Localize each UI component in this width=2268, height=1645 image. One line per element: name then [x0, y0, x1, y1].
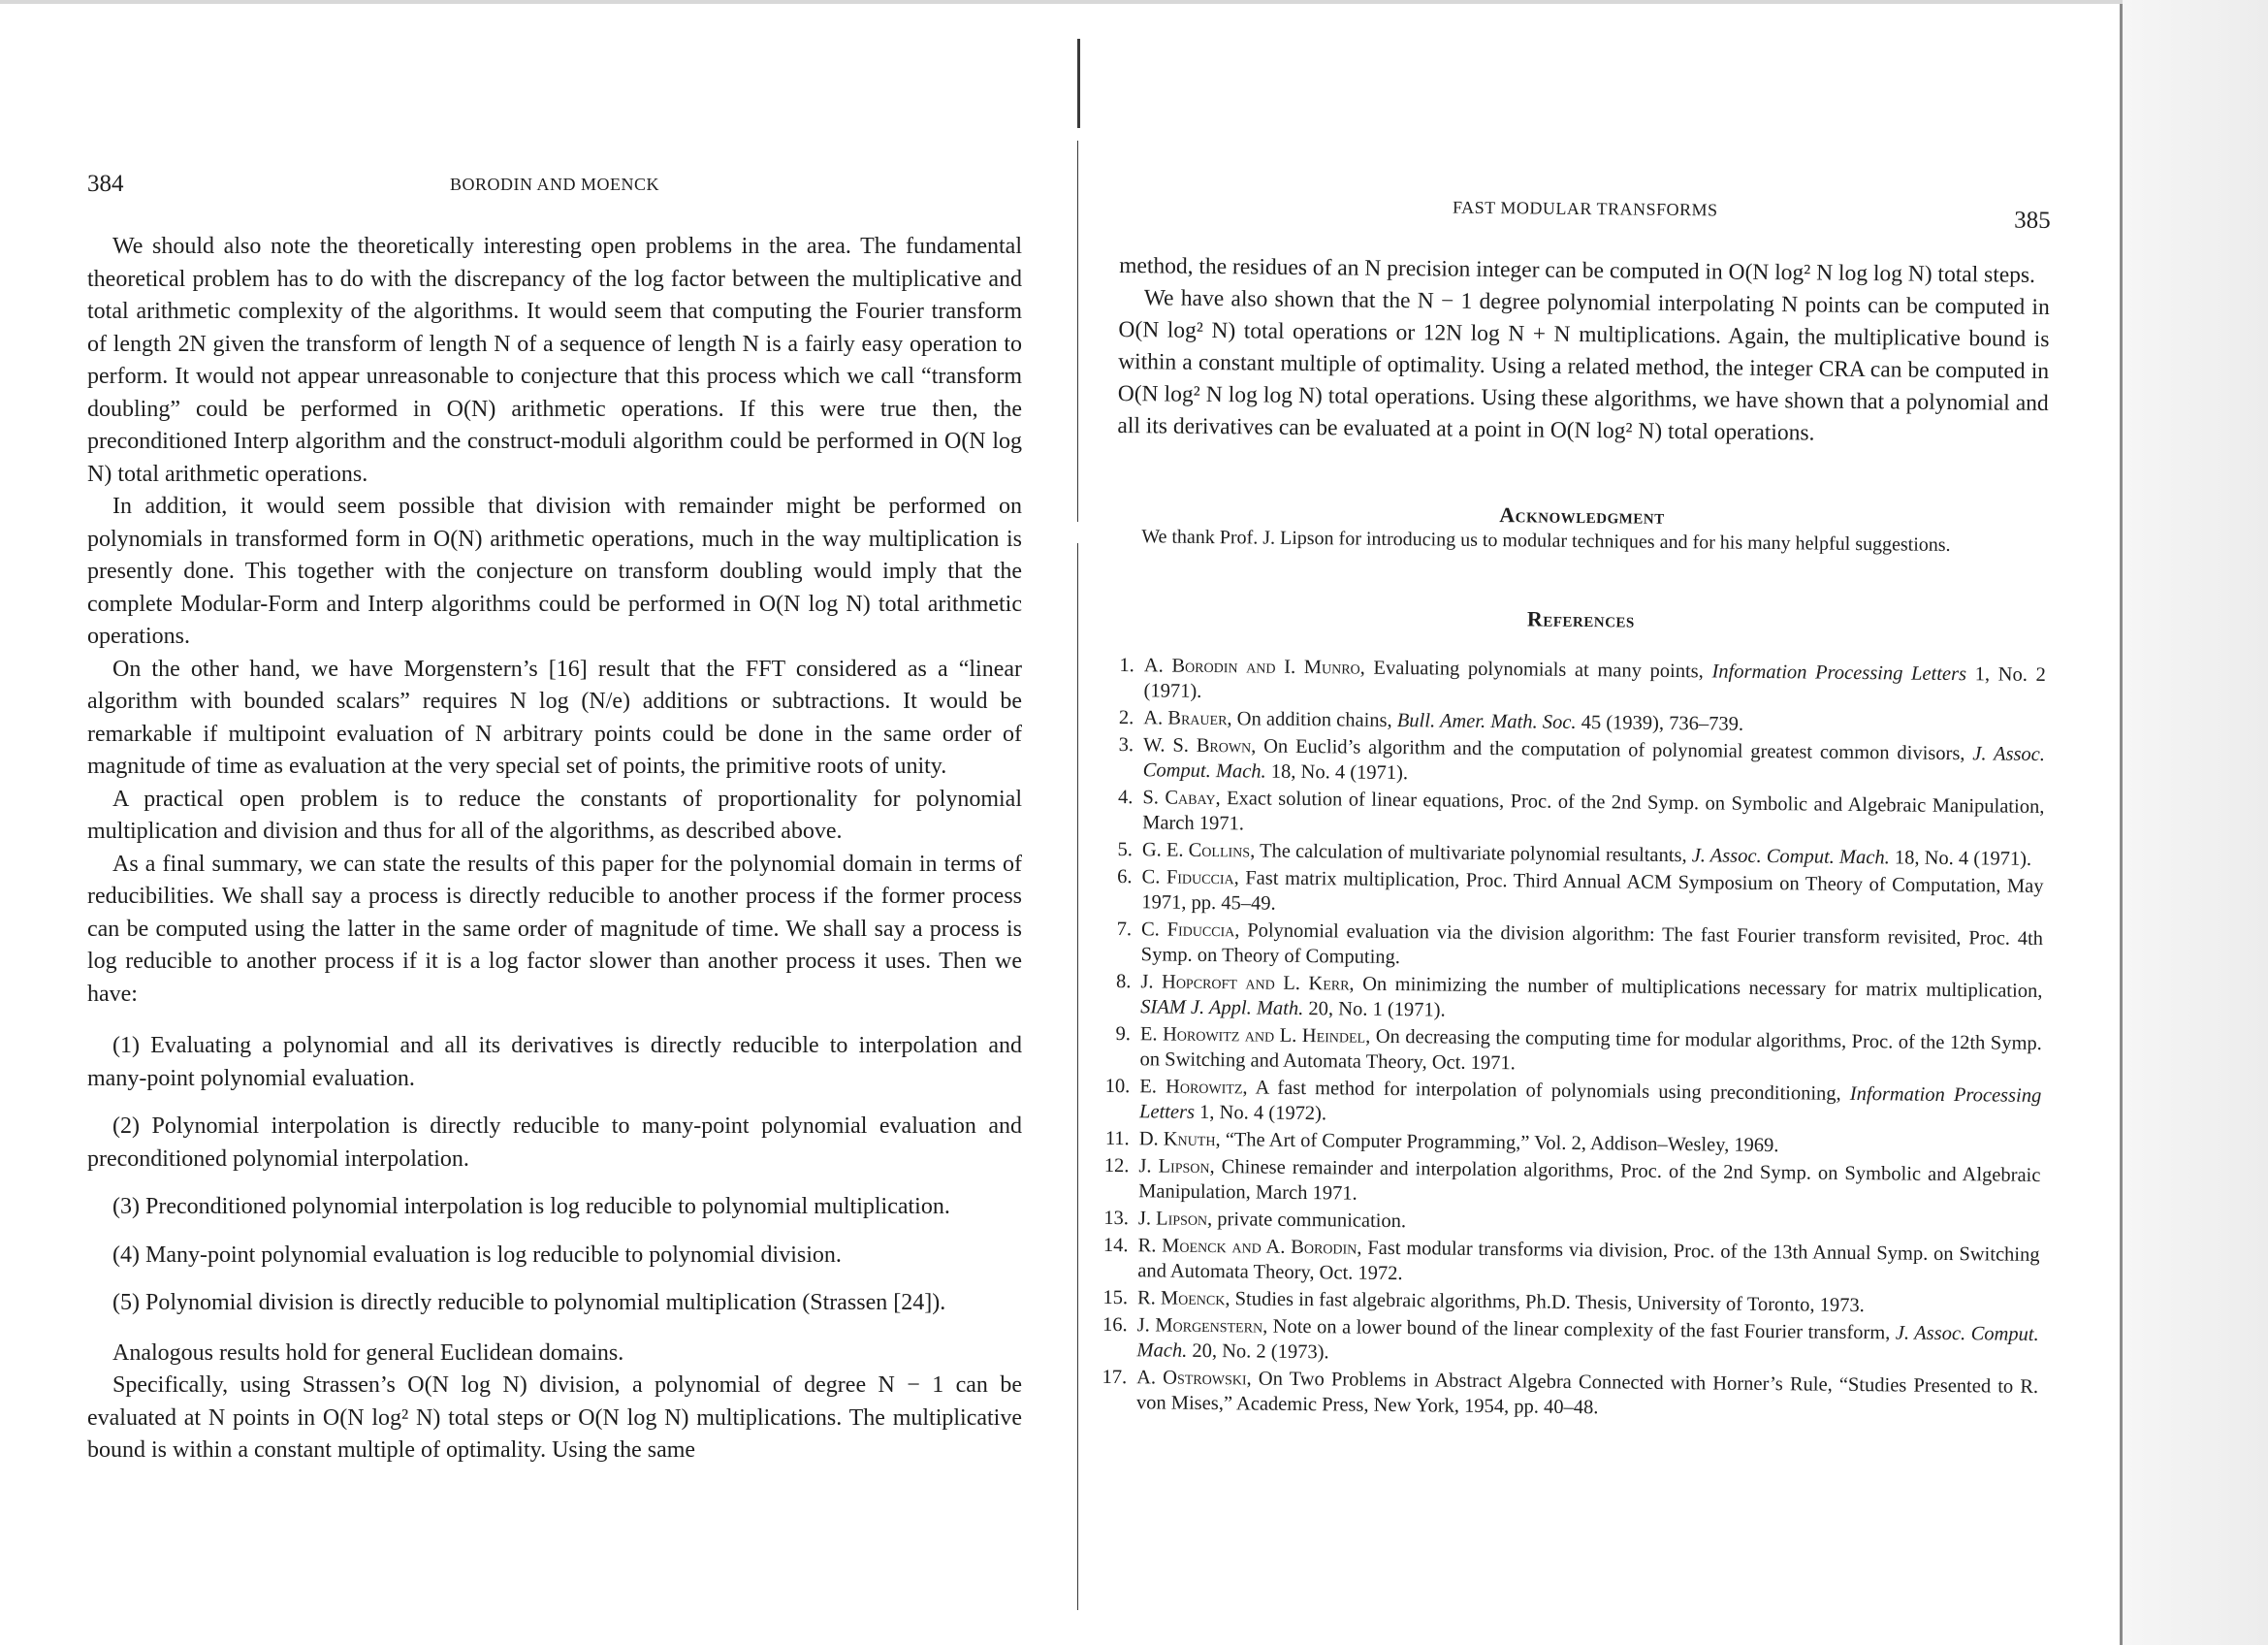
reference-venue: J. Assoc. Comput. Mach.: [1692, 845, 1890, 868]
reference-item: 9.E. Horowitz and L. Heindel, On decreas…: [1110, 1021, 2041, 1081]
paragraph: We have also shown that the N − 1 degree…: [1117, 282, 2050, 452]
reference-number: 13.: [1098, 1206, 1129, 1231]
reference-authors: A. Borodin and I. Munro: [1144, 655, 1360, 678]
reference-item: 16.J. Morgenstern, Note on a lower bound…: [1107, 1312, 2038, 1372]
reference-authors: R. Moenck and A. Borodin: [1137, 1235, 1357, 1258]
reference-item: 8.J. Hopcroft and L. Kerr, On minimizing…: [1111, 969, 2042, 1029]
reference-title: , On minimizing the number of multiplica…: [1349, 974, 2042, 1002]
page-number: 385: [2014, 208, 2051, 235]
reference-number: 8.: [1100, 969, 1131, 994]
scan-top-edge: [0, 0, 2268, 4]
book-gutter: [1077, 39, 1080, 1629]
reference-venue: SIAM J. Appl. Math.: [1140, 996, 1303, 1019]
list-item: (5) Polynomial division is directly redu…: [87, 1287, 1022, 1320]
reference-title: , Polynomial evaluation via the division…: [1141, 919, 2043, 968]
reference-title: , The calculation of multivariate polyno…: [1250, 840, 1692, 866]
paragraph: Specifically, using Strassen’s O(N log N…: [87, 1370, 1022, 1468]
reference-authors: W. S. Brown: [1143, 734, 1251, 757]
reference-number: 14.: [1097, 1233, 1128, 1258]
reference-authors: C. Fiduccia: [1141, 866, 1233, 888]
list-item: (3) Preconditioned polynomial interpolat…: [87, 1191, 1022, 1224]
list-item: (1) Evaluating a polynomial and all its …: [87, 1030, 1022, 1095]
reference-title: , Exact solution of linear equations, Pr…: [1142, 788, 2044, 834]
reference-authors: J. Lipson: [1138, 1208, 1207, 1230]
list-item: (4) Many-point polynomial evaluation is …: [87, 1240, 1022, 1273]
paragraph: We should also note the theoretically in…: [87, 231, 1022, 491]
reference-item: 14.R. Moenck and A. Borodin, Fast modula…: [1108, 1233, 2039, 1293]
reference-details: 1, No. 4 (1972).: [1195, 1102, 1326, 1124]
reference-title: , Studies in fast algebraic algorithms, …: [1225, 1288, 1865, 1316]
reference-authors: G. E. Collins: [1142, 839, 1251, 861]
reference-authors: J. Hopcroft and L. Kerr: [1140, 971, 1349, 994]
right-page: FAST MODULAR TRANSFORMS 385 method, the …: [1107, 190, 2051, 1427]
paragraph: In addition, it would seem possible that…: [87, 491, 1022, 654]
reference-details: 45 (1939), 736–739.: [1576, 712, 1743, 735]
reference-authors: C. Fiduccia: [1141, 919, 1235, 941]
reference-number: 17.: [1096, 1365, 1127, 1390]
running-head: BORODIN AND MOENCK: [87, 175, 1022, 195]
reference-title: , private communication.: [1207, 1209, 1406, 1232]
paragraph: A practical open problem is to reduce th…: [87, 784, 1022, 849]
reference-details: 18, No. 4 (1971).: [1890, 847, 2032, 870]
reference-authors: J. Morgenstern: [1137, 1314, 1263, 1337]
paragraph: As a final summary, we can state the res…: [87, 849, 1022, 1012]
reference-title: , “The Art of Computer Programming,” Vol…: [1215, 1129, 1778, 1156]
running-head: FAST MODULAR TRANSFORMS: [1120, 194, 2051, 224]
reference-title: , On Two Problems in Abstract Algebra Co…: [1136, 1368, 2038, 1418]
reference-number: 4.: [1102, 785, 1133, 810]
reference-title: , Note on a lower bound of the linear co…: [1262, 1316, 1896, 1344]
scan-margin: [2123, 0, 2268, 1645]
reference-details: 18, No. 4 (1971).: [1266, 761, 1409, 785]
references-list: 1.A. Borodin and I. Munro, Evaluating po…: [1107, 653, 2046, 1425]
reference-venue: Bull. Amer. Math. Soc.: [1397, 710, 1577, 733]
reference-item: 7.C. Fiduccia, Polynomial evaluation via…: [1112, 917, 2043, 977]
reference-number: 2.: [1102, 705, 1134, 730]
paragraph: Analogous results hold for general Eucli…: [87, 1338, 1022, 1371]
paragraph: On the other hand, we have Morgenstern’s…: [87, 654, 1022, 784]
reference-item: 10.E. Horowitz, A fast method for interp…: [1110, 1074, 2041, 1134]
reference-authors: E. Horowitz and L. Heindel: [1140, 1023, 1366, 1047]
reference-number: 11.: [1099, 1126, 1130, 1151]
reference-authors: E. Horowitz: [1139, 1076, 1242, 1098]
reference-number: 9.: [1100, 1021, 1131, 1047]
reference-details: 20, No. 1 (1971).: [1303, 998, 1446, 1021]
reference-venue: Information Processing Letters: [1711, 661, 1966, 685]
left-page-header: 384 BORODIN AND MOENCK: [87, 171, 1022, 221]
page-edge: [2120, 4, 2123, 1645]
reference-title: , On Euclid’s algorithm and the computat…: [1251, 735, 1972, 764]
reference-authors: D. Knuth: [1139, 1128, 1216, 1150]
reference-details: 20, No. 2 (1973).: [1187, 1340, 1329, 1364]
list-item: (2) Polynomial interpolation is directly…: [87, 1111, 1022, 1176]
reference-authors: J. Lipson: [1138, 1155, 1209, 1177]
reference-title: , Evaluating polynomials at many points,: [1360, 658, 1712, 683]
reference-title: , Fast matrix multiplication, Proc. Thir…: [1141, 867, 2043, 914]
reference-number: 7.: [1101, 917, 1132, 942]
reference-number: 12.: [1098, 1153, 1129, 1178]
reference-item: 12.J. Lipson, Chinese remainder and inte…: [1109, 1153, 2040, 1213]
reference-number: 15.: [1097, 1285, 1128, 1310]
reference-number: 3.: [1102, 732, 1134, 758]
reference-authors: A. Brauer: [1143, 707, 1227, 729]
reference-item: 17.A. Ostrowski, On Two Problems in Abst…: [1107, 1365, 2038, 1425]
reference-item: 6.C. Fiduccia, Fast matrix multiplicatio…: [1112, 864, 2043, 924]
reference-authors: A. Ostrowski: [1136, 1367, 1247, 1389]
reference-item: 3.W. S. Brown, On Euclid’s algorithm and…: [1114, 732, 2045, 792]
reference-number: 1.: [1103, 653, 1134, 678]
reference-number: 16.: [1097, 1312, 1128, 1338]
reference-number: 6.: [1101, 864, 1132, 889]
reference-item: 1.A. Borodin and I. Munro, Evaluating po…: [1114, 653, 2045, 713]
reference-item: 4.S. Cabay, Exact solution of linear equ…: [1113, 785, 2044, 845]
reference-authors: R. Moenck: [1137, 1287, 1226, 1309]
references-heading: References: [1115, 602, 2046, 637]
reference-authors: S. Cabay: [1142, 787, 1215, 809]
right-page-header: FAST MODULAR TRANSFORMS 385: [1119, 190, 2050, 250]
left-page: 384 BORODIN AND MOENCK We should also no…: [87, 171, 1022, 1468]
reference-number: 10.: [1099, 1074, 1130, 1099]
reference-title: , A fast method for interpolation of pol…: [1242, 1077, 1850, 1105]
reference-title: , On addition chains,: [1227, 708, 1397, 731]
reference-title: , Chinese remainder and interpolation al…: [1138, 1156, 2040, 1205]
reference-number: 5.: [1102, 837, 1133, 862]
